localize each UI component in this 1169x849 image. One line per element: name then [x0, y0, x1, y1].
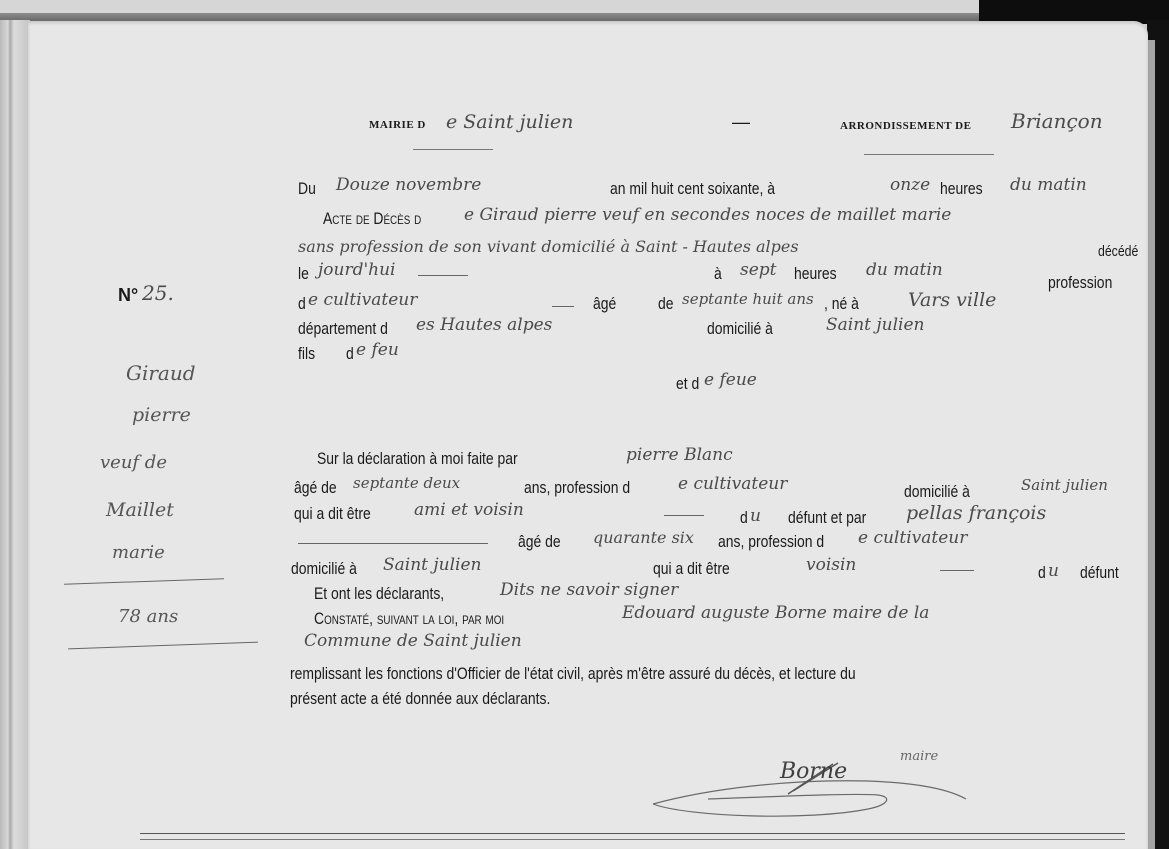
printed-present-acte: présent acte a été donnée aux déclarants… [290, 689, 550, 709]
printed-constate: Constaté, suivant la loi, par moi [314, 609, 504, 629]
declarant-1-relation: ami et voisin [414, 500, 524, 520]
printed-profession-2: ans, profession d [718, 532, 824, 552]
printed-et-d: et d [676, 374, 699, 394]
printed-heures-2: heures [794, 264, 837, 284]
printed-qui-a-dit-etre-2: qui a dit être [653, 559, 730, 579]
entry-number-value: 25. [142, 281, 174, 305]
deceased-age: septante huit ans [682, 290, 814, 308]
declarant-1-name: pierre Blanc [626, 445, 733, 465]
declarant-2-profession: e cultivateur [858, 528, 967, 548]
declarant-2-domicile: Saint julien [383, 555, 482, 575]
printed-domicilie-a-3: domicilié à [291, 559, 357, 579]
printed-profession: profession [1048, 273, 1112, 293]
page-stack-edge [1147, 40, 1155, 849]
printed-acte-de-deces: Acte de Décès d [323, 209, 421, 229]
blank-rule [552, 306, 574, 307]
printed-age-de-1: âgé de [294, 478, 337, 498]
declarant-1-article: u [750, 506, 761, 526]
birth-department: es Hautes alpes [416, 315, 552, 335]
margin-name-line-2: pierre [132, 404, 191, 426]
printed-ne-a: , né à [824, 294, 859, 314]
printed-domicilie-a-2: domicilié à [904, 482, 970, 502]
birthplace: Vars ville [908, 289, 996, 311]
printed-age-de-2: âgé de [518, 532, 561, 552]
printed-departement: département d [298, 319, 388, 339]
declarant-2-age: quarante six [593, 528, 694, 547]
margin-rule-2 [68, 642, 258, 650]
declarant-2-article: u [1048, 561, 1059, 581]
printed-defunt-et-par: défunt et par [788, 508, 866, 528]
blank-rule [418, 275, 468, 276]
death-day: jourd'hui [318, 260, 395, 280]
margin-name-line-4: Maillet [106, 499, 174, 521]
printed-d-def-2: d [1038, 563, 1046, 583]
printed-du: Du [298, 179, 316, 199]
printed-remplissant: remplissant les fonctions d'Officier de … [290, 664, 856, 684]
declarant-1-profession: e cultivateur [678, 474, 787, 494]
header-rule-left [413, 149, 493, 150]
printed-d-def-1: d [740, 508, 748, 528]
printed-a-1: à [714, 264, 722, 284]
officer-commune: Commune de Saint julien [304, 631, 522, 651]
declarants-signing-status: Dits ne savoir signer [500, 580, 678, 600]
declaration-time-of-day: du matin [1010, 175, 1087, 195]
register-binding [0, 20, 30, 849]
death-hour: sept [740, 260, 777, 280]
death-time-of-day: du matin [866, 260, 943, 280]
printed-d-father: d [346, 344, 354, 364]
printed-domicilie-a-1: domicilié à [707, 319, 773, 339]
signature-title: maire [900, 749, 938, 764]
declarant-1-domicile: Saint julien [1021, 476, 1108, 494]
declaration-hour: onze [890, 175, 930, 195]
printed-defunt-2: défunt [1080, 563, 1119, 583]
declarant-1-age: septante deux [353, 474, 460, 492]
printed-qui-a-dit-etre-1: qui a dit être [294, 504, 371, 524]
margin-name-line-1: Giraud [126, 361, 196, 385]
header-separator: — [732, 112, 750, 133]
signature-name: Borne [780, 759, 847, 784]
death-date-day-month: Douze novembre [336, 175, 481, 195]
printed-heures-1: heures [940, 179, 983, 199]
printed-fils: fils [298, 344, 315, 364]
printed-profession-1: ans, profession d [524, 478, 630, 498]
arrondissement-label: ARRONDISSEMENT DE [840, 120, 971, 132]
officer-name-title: Edouard auguste Borne maire de la [622, 603, 929, 623]
entry-number-label: N° [118, 285, 138, 306]
page-bottom-double-rule [140, 833, 1125, 840]
printed-sur-la-declaration: Sur la déclaration à moi faite par [317, 449, 518, 469]
deceased-profession-residence: sans profession de son vivant domicilié … [298, 237, 799, 256]
printed-decede: décédé [1098, 243, 1138, 260]
blank-rule [664, 515, 704, 516]
deceased-domicile: Saint julien [826, 315, 925, 335]
declarant-2-name: pellas françois [906, 502, 1046, 524]
declarant-2-relation: voisin [806, 555, 856, 575]
margin-age-note: 78 ans [118, 606, 178, 627]
father-name: e feu [356, 340, 399, 360]
deceased-name-status: e Giraud pierre veuf en secondes noces d… [464, 205, 951, 225]
printed-et-ont-les-declarants: Et ont les déclarants, [314, 584, 444, 604]
mairie-label: MAIRIE D [369, 119, 426, 131]
printed-le: le [298, 264, 309, 284]
printed-d: d [298, 294, 306, 314]
printed-age: âgé [593, 294, 616, 314]
mother-name: e feue [704, 370, 757, 390]
register-page: MAIRIE D e Saint julien — ARRONDISSEMENT… [28, 21, 1148, 849]
printed-de: de [658, 294, 674, 314]
blank-rule [940, 570, 974, 571]
printed-year-phrase: an mil huit cent soixante, à [610, 179, 775, 199]
margin-rule-1 [64, 578, 224, 585]
mairie-value: e Saint julien [446, 111, 573, 133]
deceased-profession: e cultivateur [308, 290, 417, 310]
margin-name-line-3: veuf de [100, 452, 167, 473]
arrondissement-value: Briançon [1011, 109, 1103, 133]
margin-name-line-5: marie [112, 542, 165, 563]
header-rule-right [864, 154, 994, 155]
blank-rule [298, 543, 488, 544]
